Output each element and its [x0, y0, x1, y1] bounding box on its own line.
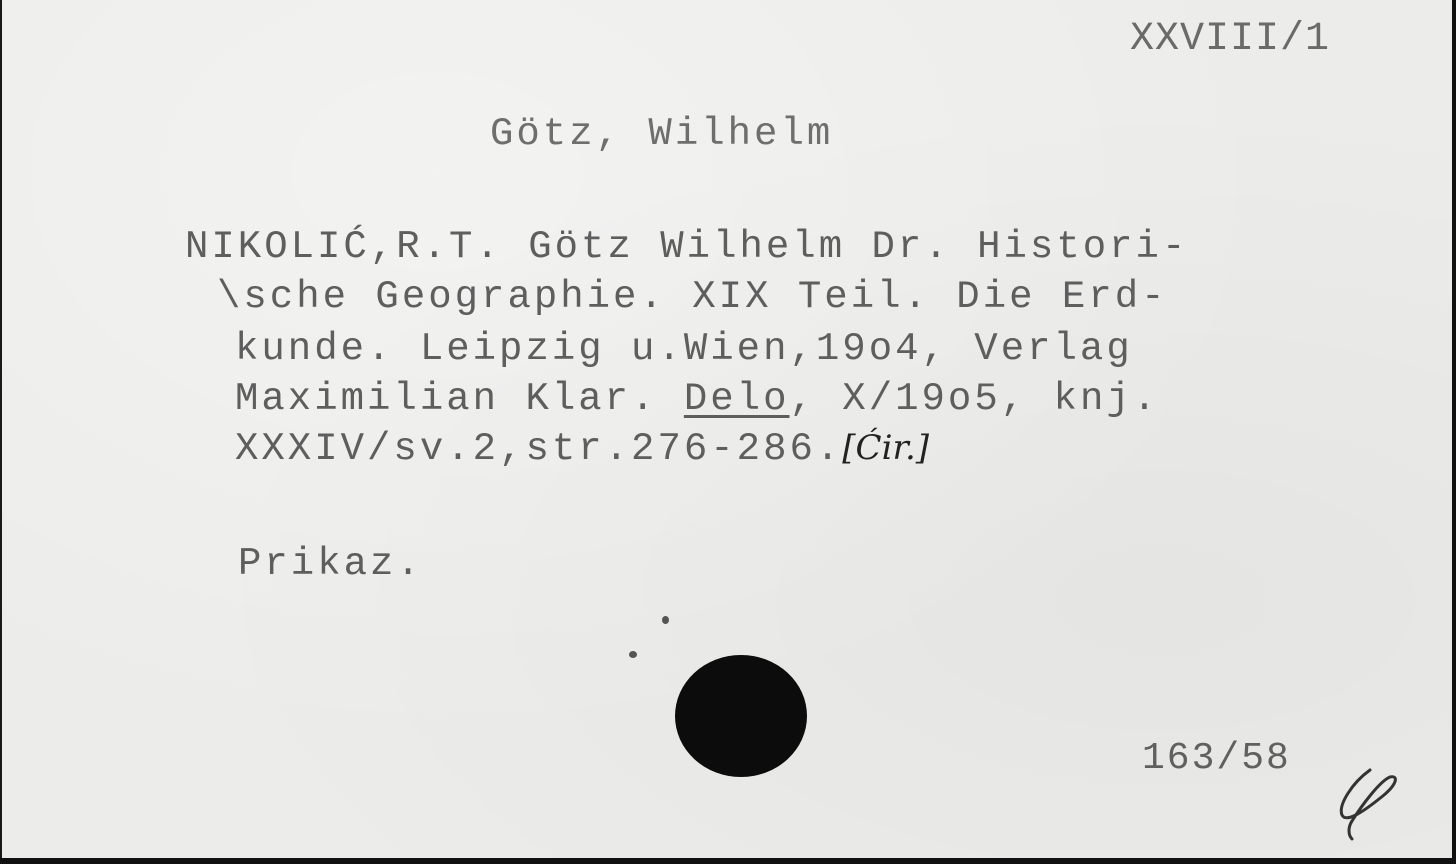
accession-number: 163/58	[1142, 740, 1291, 778]
entry-line-1: NIKOLIĆ,R.T. Götz Wilhelm Dr. Histori-	[185, 228, 1188, 267]
review-note: Prikaz.	[238, 545, 423, 584]
journal-title: Delo	[684, 377, 790, 421]
entry-line-5: XXXIV/sv.2,str.276-286.[Ćir.]	[235, 430, 929, 469]
ink-speck	[629, 651, 637, 658]
card-edge-bottom	[0, 858, 1456, 864]
card-edge-right	[1452, 0, 1456, 864]
entry-line-4: Maximilian Klar. Delo, X/19o5, knj.	[235, 380, 1159, 419]
journal-issue: , X/19o5, knj.	[790, 377, 1160, 421]
volume-pages: XXXIV/sv.2,str.276-286.	[235, 427, 842, 471]
punch-hole	[675, 655, 807, 777]
handwritten-initial-icon	[1332, 765, 1402, 845]
ink-speck	[662, 616, 669, 624]
catalog-card: XXVIII/1 Götz, Wilhelm NIKOLIĆ,R.T. Götz…	[2, 0, 1452, 858]
call-number: XXVIII/1	[1130, 20, 1330, 60]
entry-line-3: kunde. Leipzig u.Wien,19o4, Verlag	[235, 330, 1133, 369]
entry-line-2: \sche Geographie. XIX Teil. Die Erd-	[217, 278, 1168, 317]
publisher-text: Maximilian Klar.	[235, 377, 684, 421]
author-heading: Götz, Wilhelm	[490, 115, 833, 154]
handwritten-script-note: [Ćir.]	[842, 428, 929, 468]
